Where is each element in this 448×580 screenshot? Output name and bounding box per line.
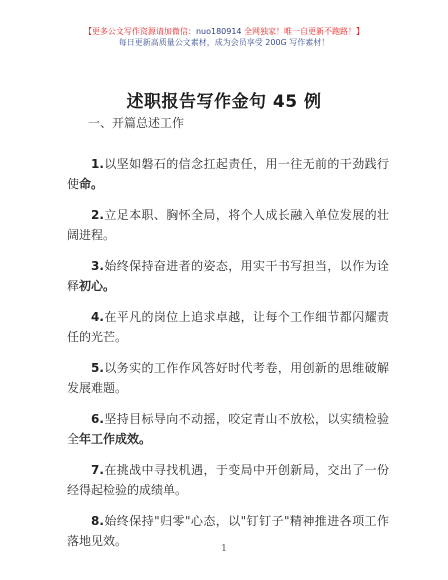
promo-banner: 【更多公文写作资源请加微信：nuo180914 全网独家！唯一自更新不跑路！】 … [0, 26, 448, 48]
list-item: 6.坚持目标导向不动摇，咬定青山不放松，以实绩检验全年工作成效。 [67, 410, 389, 449]
promo-line-2: 每日更新高质量公文素材，成为会员享受 200G 写作素材！ [0, 37, 448, 48]
page-number: 1 [0, 544, 448, 554]
document-title: 述职报告写作金句 45 例 [0, 87, 448, 112]
item-text: 以坚如磐石的信念扛起责任，用一往无前的干劲践行使 [67, 157, 389, 191]
item-text-bold: 年工作成效。 [79, 432, 151, 446]
promo-prefix: 【更多公文写作资源请加微信： [84, 27, 196, 36]
promo-line-1: 【更多公文写作资源请加微信：nuo180914 全网独家！唯一自更新不跑路！】 [0, 26, 448, 37]
item-number: 5. [91, 361, 104, 375]
item-number: 6. [91, 412, 104, 426]
item-number: 2. [91, 208, 104, 222]
item-text: 始终保持"归零"心态，以"钉钉子"精神推进各项工作落地见效。 [67, 514, 389, 548]
wechat-id: nuo180914 [196, 27, 242, 36]
list-item: 7.在挑战中寻找机遇，于变局中开创新局，交出了一份经得起检验的成绩单。 [67, 461, 389, 500]
list-item: 5.以务实的工作作风答好时代考卷，用创新的思维破解发展难题。 [67, 359, 389, 398]
item-number: 1. [91, 157, 104, 171]
item-number: 3. [91, 259, 104, 273]
list-item: 4.在平凡的岗位上追求卓越，让每个工作细节都闪耀责任的光芒。 [67, 308, 389, 347]
section-heading: 一、开篇总述工作 [88, 114, 184, 131]
item-text-bold: 初心。 [79, 279, 115, 293]
item-number: 4. [91, 310, 104, 324]
item-text: 以务实的工作作风答好时代考卷，用创新的思维破解发展难题。 [67, 361, 389, 395]
item-number: 7. [91, 463, 104, 477]
item-text: 在平凡的岗位上追求卓越，让每个工作细节都闪耀责任的光芒。 [67, 310, 389, 344]
list-item: 2.立足本职、胸怀全局，将个人成长融入单位发展的壮阔进程。 [67, 206, 389, 245]
item-text: 始终保持奋进者的姿态，用实干书写担当，以作为诠释 [67, 259, 389, 293]
promo-suffix: 全网独家！唯一自更新不跑路！】 [242, 27, 365, 36]
list-item: 1.以坚如磐石的信念扛起责任，用一往无前的干劲践行使命。 [67, 155, 389, 194]
item-text: 在挑战中寻找机遇，于变局中开创新局，交出了一份经得起检验的成绩单。 [67, 463, 389, 497]
item-text: 立足本职、胸怀全局，将个人成长融入单位发展的壮阔进程。 [67, 208, 389, 242]
item-number: 8. [91, 514, 104, 528]
item-text-bold: 命。 [79, 177, 103, 191]
list-item: 3.始终保持奋进者的姿态，用实干书写担当，以作为诠释初心。 [67, 257, 389, 296]
quote-list: 1.以坚如磐石的信念扛起责任，用一往无前的干劲践行使命。 2.立足本职、胸怀全局… [67, 143, 389, 559]
